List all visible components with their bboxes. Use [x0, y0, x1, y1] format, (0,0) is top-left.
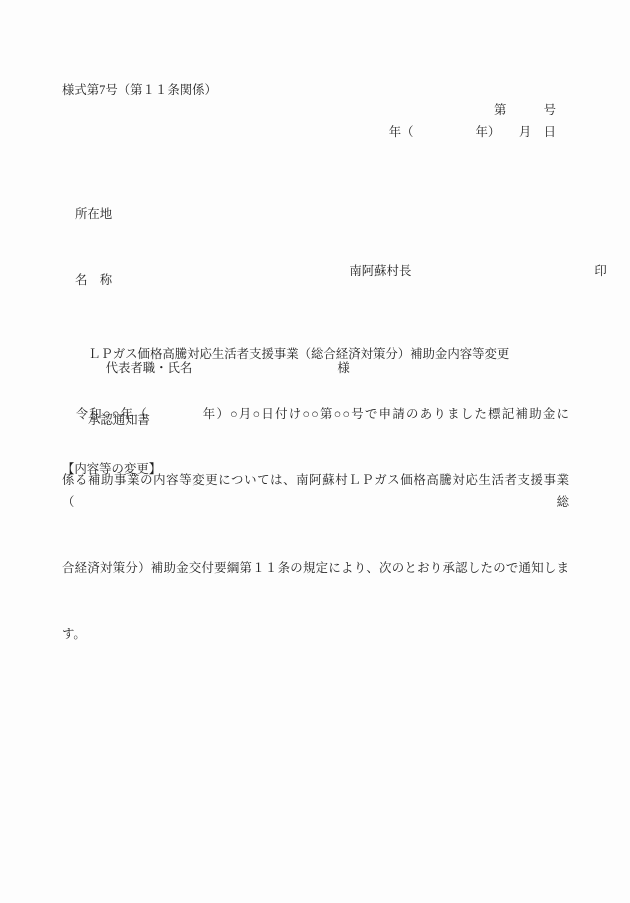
body-paragraph: 令和○○年（ 年）○月○日付け○○第○○号で申請のありました標記補助金に 係る補… [62, 359, 569, 689]
body-line: 令和○○年（ 年）○月○日付け○○第○○号で申請のありました標記補助金に [62, 403, 569, 425]
section-heading: 【内容等の変更】 [62, 458, 161, 480]
document-number-line: 第 号 [494, 99, 556, 121]
recipient-name-label: 名 称 [75, 269, 350, 291]
seal-mark: 印 [594, 264, 606, 278]
recipient-address-label: 所在地 [75, 203, 350, 225]
body-line: す。 [62, 623, 569, 645]
body-line: 合経済対策分）補助金交付要綱第１１条の規定により、次のとおり承認したので通知しま [62, 557, 569, 579]
document-page: 様式第7号（第１１条関係） 第 号 年（ 年） 月 日 所在地 名 称 代表者職… [0, 0, 630, 903]
form-number-label: 様式第7号（第１１条関係） [62, 79, 217, 101]
sender-line: 南阿蘇村長印 [337, 238, 607, 304]
sender-name: 南阿蘇村長 [349, 264, 411, 278]
date-line: 年（ 年） 月 日 [389, 121, 556, 143]
